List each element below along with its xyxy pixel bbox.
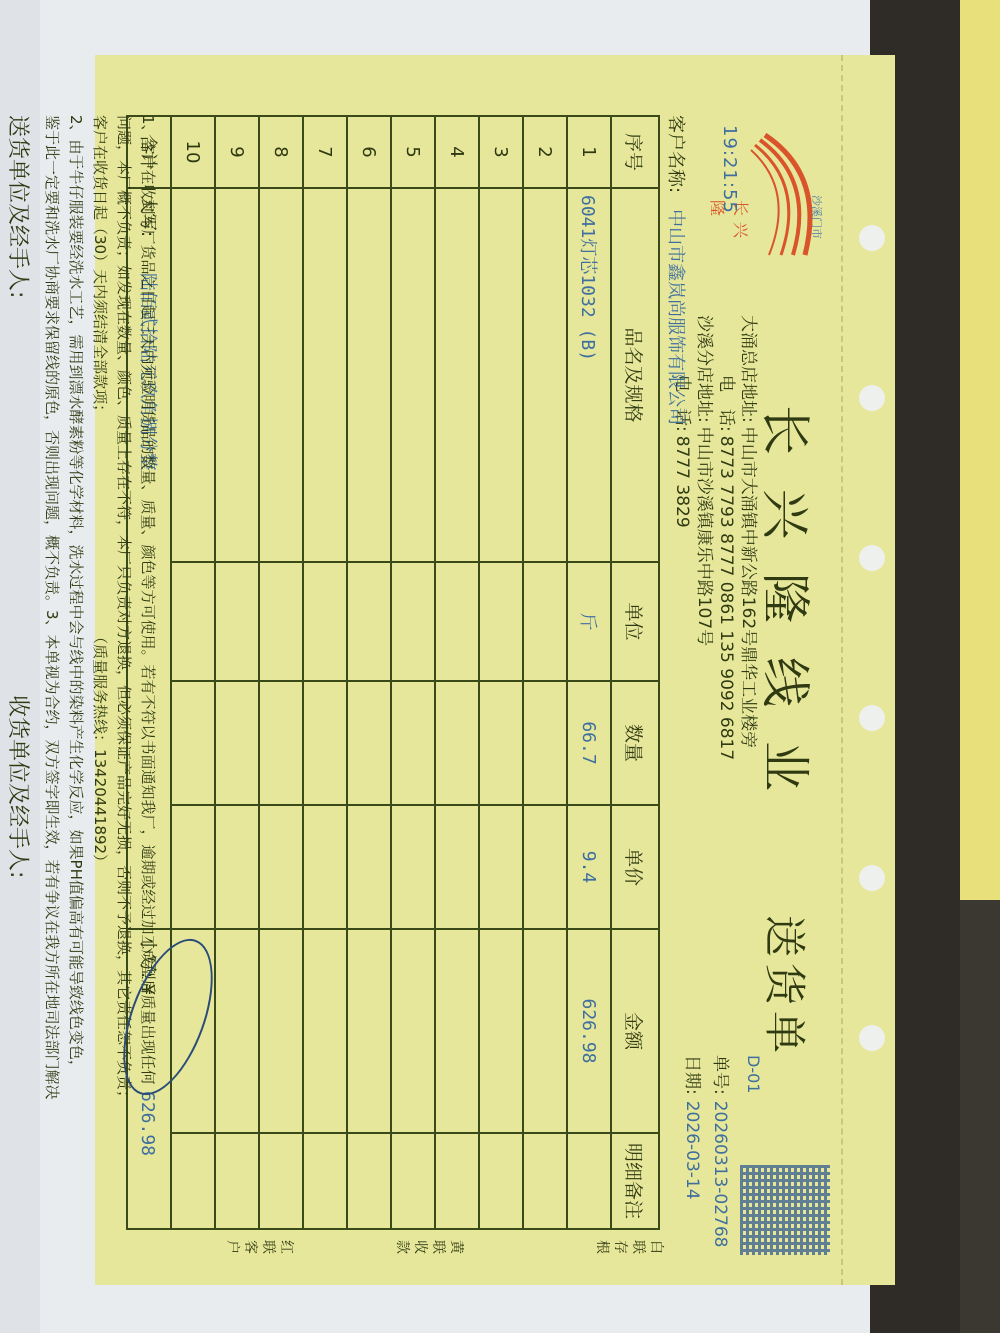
table-row: 8 bbox=[259, 116, 303, 1229]
order-date-value: 2026-03-14 bbox=[682, 1101, 702, 1200]
delivery-note: 沙溪门市 长兴隆 19:21:55 长兴隆线业 送货单 大涌总店地址:中山市大涌… bbox=[95, 55, 895, 1285]
order-date-label: 日期: bbox=[682, 1055, 702, 1095]
row-no: 9 bbox=[215, 116, 259, 188]
punch-hole bbox=[859, 225, 885, 251]
phone-main-value: 8773 7793 8777 0861 135 9092 6817 bbox=[716, 436, 736, 760]
document-type: 送货单 bbox=[757, 915, 817, 1059]
address-branch-label: 沙溪分店地址: bbox=[694, 315, 714, 423]
perforation-line bbox=[841, 55, 843, 1285]
row-unit: 斤 bbox=[567, 562, 611, 681]
table-row: 6 bbox=[347, 116, 391, 1229]
punch-hole bbox=[859, 545, 885, 571]
order-date: 日期:2026-03-14 bbox=[682, 1055, 707, 1200]
table-row: 7 bbox=[303, 116, 347, 1229]
customer-label: 客户名称: bbox=[665, 115, 686, 193]
row-price: 9.4 bbox=[567, 805, 611, 929]
table-row: 9 bbox=[215, 116, 259, 1229]
header-price: 单价 bbox=[611, 805, 659, 929]
address-branch: 沙溪分店地址:中山市沙溪镇康乐中路107号 bbox=[694, 315, 719, 646]
phone-main-label: 电 话: bbox=[716, 375, 736, 432]
address-main-value: 中山市大涌镇中新公路162号鼎华工业楼旁 bbox=[738, 427, 758, 748]
items-table: 序号 品名及规格 单位 数量 单价 金额 明细备注 1 6041灯芯1032 (… bbox=[126, 115, 660, 1230]
print-time: 19:21:55 bbox=[719, 125, 740, 214]
row-note bbox=[567, 1133, 611, 1229]
address-branch-value: 中山市沙溪镇康乐中路107号 bbox=[694, 427, 714, 646]
phone-branch-value: 8777 3829 bbox=[672, 436, 692, 528]
header-note: 明细备注 bbox=[611, 1133, 659, 1229]
row-amount: 626.98 bbox=[567, 929, 611, 1133]
phone-main: 电 话:8773 7793 8777 0861 135 9092 6817 bbox=[716, 375, 741, 760]
logo-subtitle: 沙溪门市 bbox=[809, 195, 825, 239]
order-number: 单号:20260313-02768 bbox=[710, 1055, 735, 1247]
punch-hole bbox=[859, 1025, 885, 1051]
row-no: 6 bbox=[347, 116, 391, 188]
row-no: 4 bbox=[435, 116, 479, 188]
table-row: 3 bbox=[479, 116, 523, 1229]
sender-signature: 送货单位及经手人: bbox=[4, 115, 35, 298]
copy-label-red: 红联客户 bbox=[223, 1240, 295, 1258]
table-row: 1 6041灯芯1032 (B) 斤 66.7 9.4 626.98 bbox=[567, 116, 611, 1229]
table-row: 2 bbox=[523, 116, 567, 1229]
address-main-label: 大涌总店地址: bbox=[738, 315, 758, 423]
header-qty: 数量 bbox=[611, 681, 659, 805]
header-no: 序号 bbox=[611, 116, 659, 188]
customer: 客户名称:中山市鑫岚尚服饰有限公司 bbox=[664, 115, 690, 425]
row-no: 7 bbox=[303, 116, 347, 188]
header-amount: 金额 bbox=[611, 929, 659, 1133]
table-row: 5 bbox=[391, 116, 435, 1229]
qr-code-icon bbox=[740, 1165, 830, 1255]
punch-holes bbox=[855, 55, 885, 1285]
header: 沙溪门市 长兴隆 19:21:55 长兴隆线业 送货单 大涌总店地址:中山市大涌… bbox=[685, 55, 835, 1285]
company-logo: 沙溪门市 长兴隆 bbox=[725, 115, 825, 265]
row-no: 8 bbox=[259, 116, 303, 188]
receiver-label: 收货单位及经手人: bbox=[5, 695, 30, 878]
table-header: 序号 品名及规格 单位 数量 单价 金额 明细备注 bbox=[611, 116, 659, 1229]
row-name: 6041灯芯1032 (B) bbox=[567, 188, 611, 562]
company-title: 长兴隆线业 bbox=[753, 405, 825, 825]
row-no: 1 bbox=[567, 116, 611, 188]
table-row: 4 bbox=[435, 116, 479, 1229]
row-qty: 66.7 bbox=[567, 681, 611, 805]
copy-label-white: 白联存根 bbox=[593, 1240, 665, 1258]
row-no: 3 bbox=[479, 116, 523, 188]
header-name: 品名及规格 bbox=[611, 188, 659, 562]
form-code: D-01 bbox=[744, 1055, 763, 1093]
terms-line: 2、由于牛仔服装要经洗水工艺，需用到漂水酵素粉等化学材料，洗水过程中会与线中的染… bbox=[64, 115, 88, 1265]
row-no: 2 bbox=[523, 116, 567, 188]
receiver-signature: 收货单位及经手人: bbox=[4, 695, 35, 878]
row-no: 5 bbox=[391, 116, 435, 188]
order-number-label: 单号: bbox=[710, 1055, 730, 1095]
punch-hole bbox=[859, 865, 885, 891]
sender-label: 送货单位及经手人: bbox=[5, 115, 30, 298]
logo-wave-icon bbox=[745, 115, 825, 265]
header-unit: 单位 bbox=[611, 562, 659, 681]
address-main: 大涌总店地址:中山市大涌镇中新公路162号鼎华工业楼旁 bbox=[738, 315, 763, 748]
terms-line: 问题，本厂概不负责；如发现在数量、颜色、质量上存在不符，本厂只负责对方退换，但必… bbox=[112, 115, 136, 1265]
punch-hole bbox=[859, 385, 885, 411]
row-no: 10 bbox=[171, 116, 215, 188]
customer-name: 中山市鑫岚尚服饰有限公司 bbox=[665, 209, 686, 425]
order-number-value: 20260313-02768 bbox=[710, 1101, 730, 1248]
terms-line: 客户在收货日起（30）天内须结清全部款项； （质量服务热线：1342044189… bbox=[88, 115, 112, 1265]
terms-line: 鉴于此一定要和洗水厂协商要求保留线的原色，否则出现问题，概不负责。3、本单视为合… bbox=[40, 115, 64, 1265]
background-yellow-sheet bbox=[960, 0, 1000, 900]
punch-hole bbox=[859, 705, 885, 731]
copy-label-yellow: 黄联收款 bbox=[393, 1240, 465, 1258]
